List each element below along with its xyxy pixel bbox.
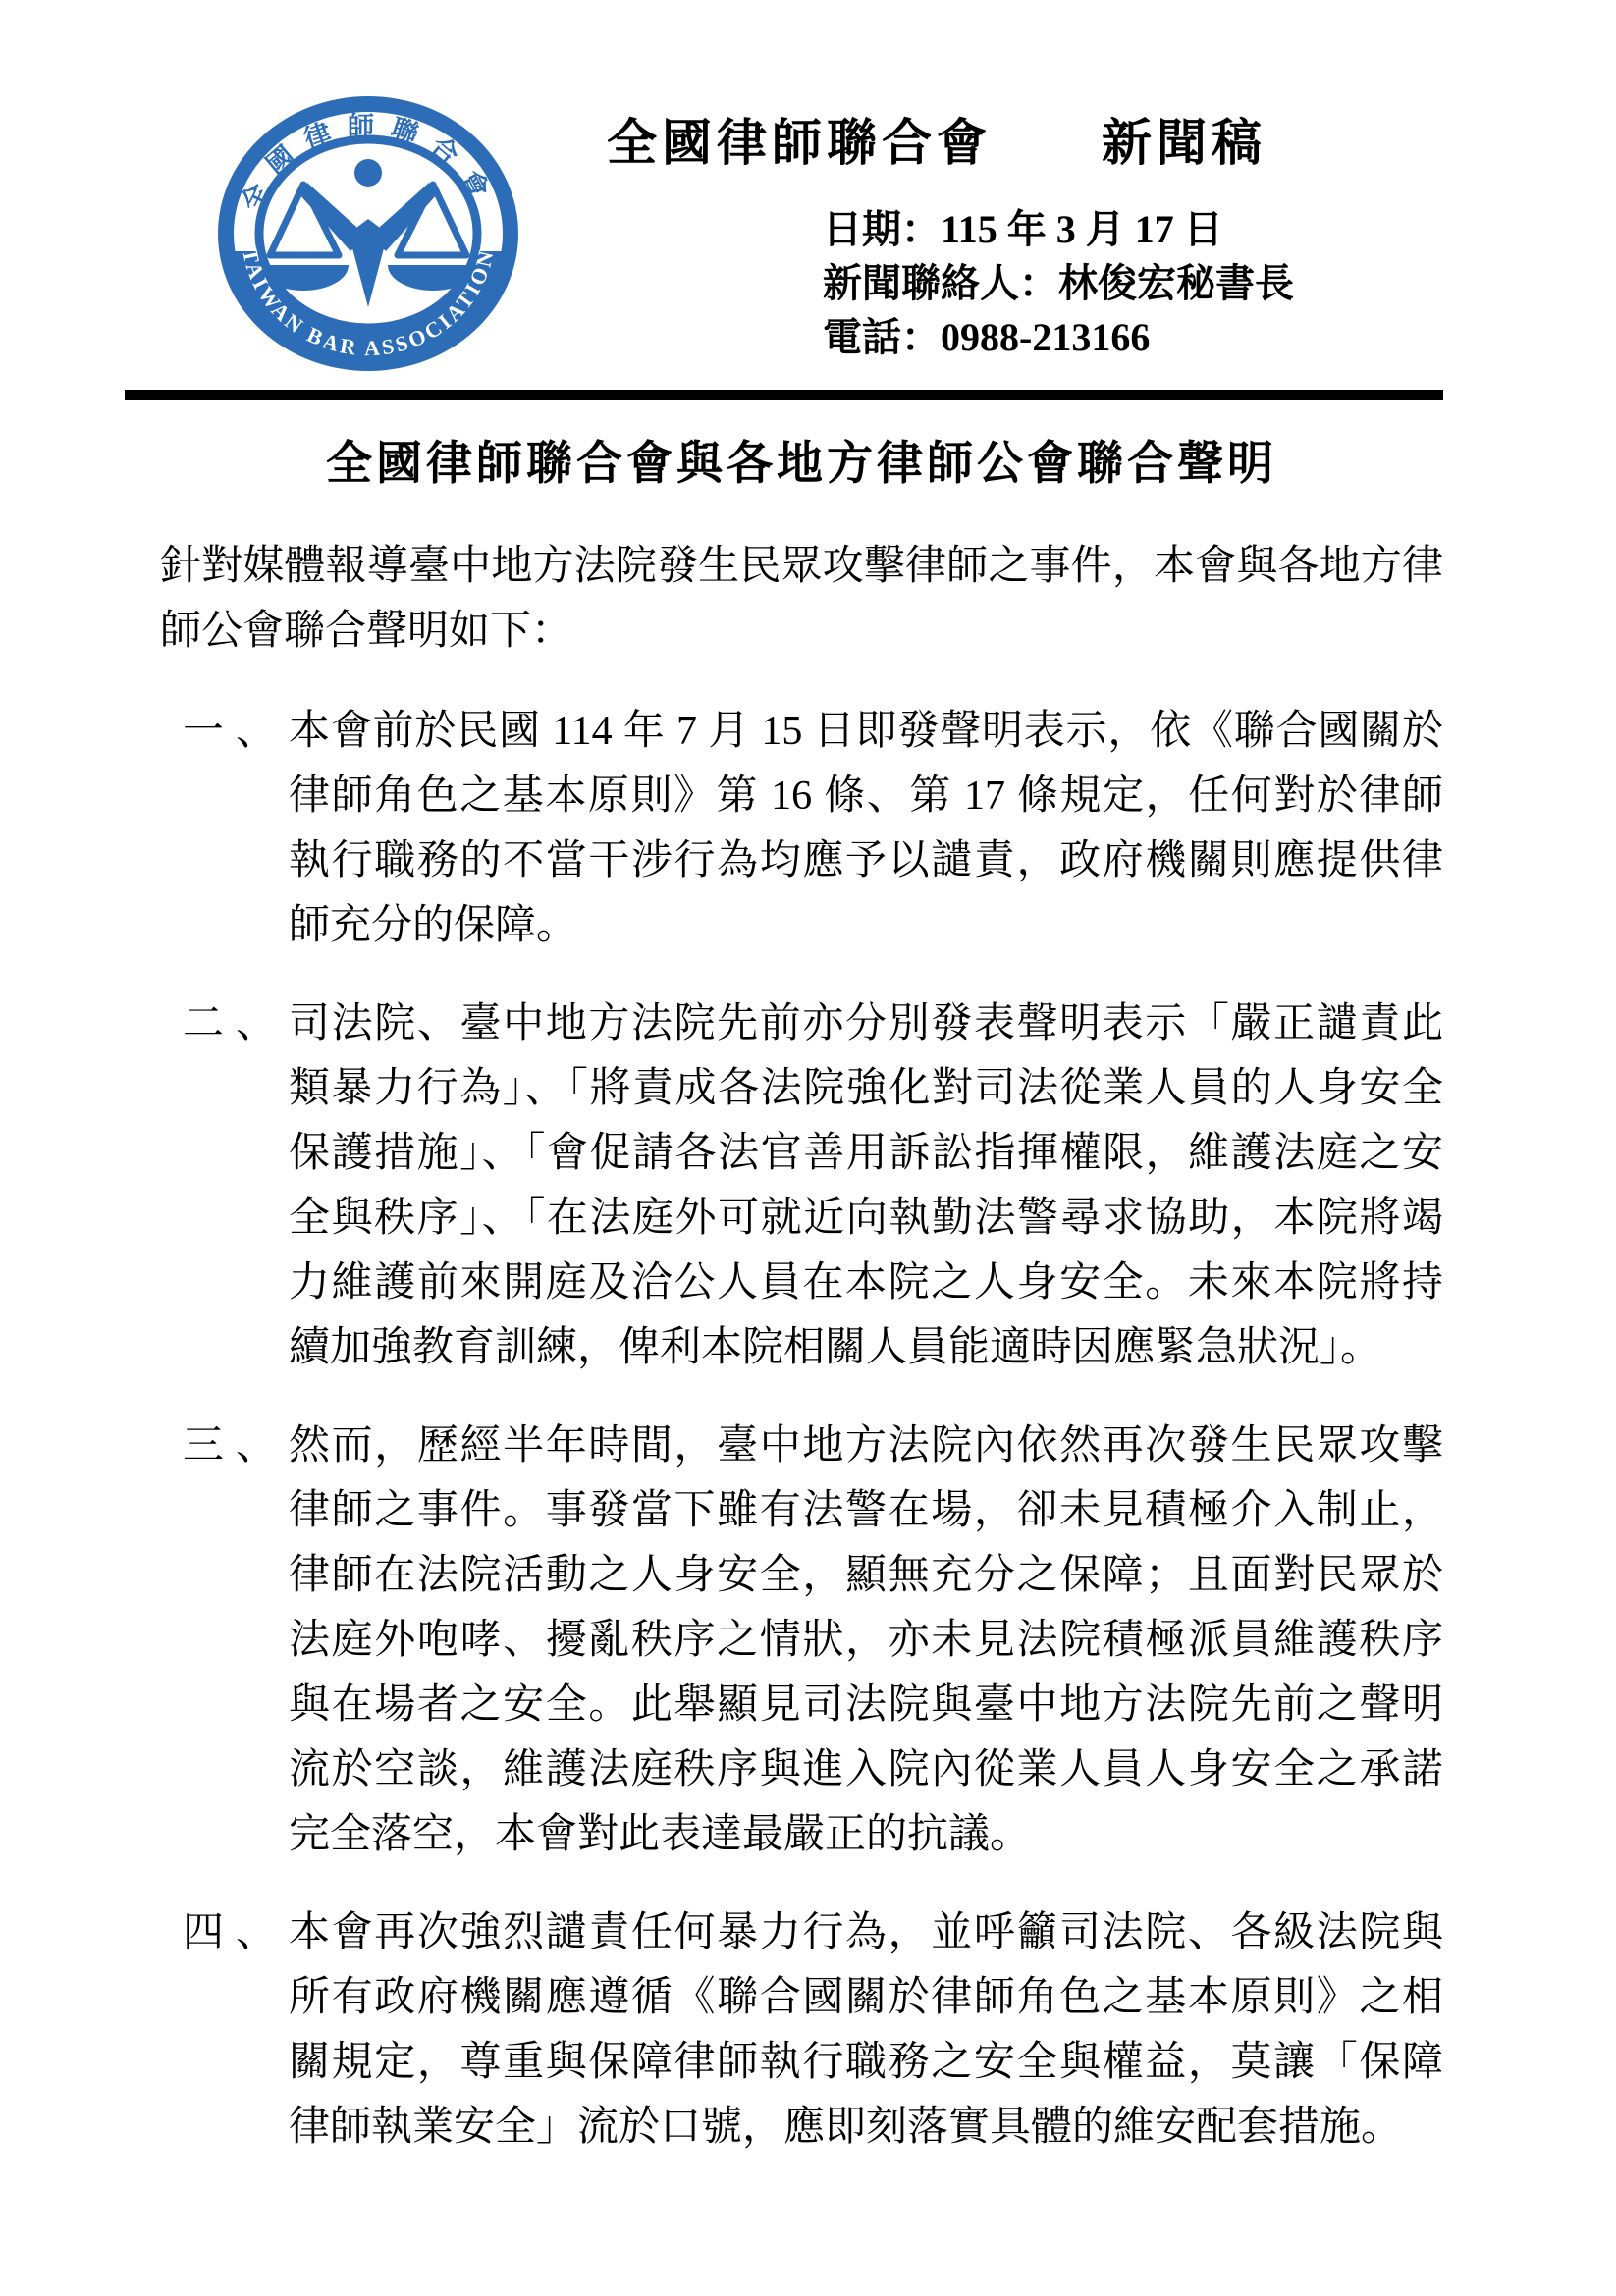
statement-item-1: 一、 本會前於民國 114 年 7 月 15 日即發聲明表示，依《聯合國關於律師… — [160, 699, 1443, 958]
statement-intro: 針對媒體報導臺中地方法院發生民眾攻擊律師之事件，本會與各地方律師公會聯合聲明如下… — [160, 534, 1443, 664]
statement-item-4: 四、 本會再次強烈譴責任何暴力行為，並呼籲司法院、各級法院與所有政府機關應遵循《… — [160, 1900, 1443, 2160]
item-number: 二、 — [160, 991, 289, 1380]
item-number: 一、 — [160, 699, 289, 958]
meta-contact-person: 新聞聯絡人：林俊宏秘書長 — [823, 256, 1294, 310]
item-number: 四、 — [160, 1900, 289, 2160]
press-release-meta: 日期：115 年 3 月 17 日 新聞聯絡人：林俊宏秘書長 電話：0988-2… — [823, 202, 1294, 364]
item-text: 然而，歷經半年時間，臺中地方法院內依然再次發生民眾攻擊律師之事件。事發當下雖有法… — [289, 1414, 1443, 1867]
statement-body: 全國律師聯合會與各地方律師公會聯合聲明 針對媒體報導臺中地方法院發生民眾攻擊律師… — [160, 432, 1443, 2193]
header-divider — [125, 390, 1443, 400]
statement-item-3: 三、 然而，歷經半年時間，臺中地方法院內依然再次發生民眾攻擊律師之事件。事發當下… — [160, 1414, 1443, 1867]
press-release-title: 全國律師聯合會 新聞稿 — [607, 102, 1266, 175]
item-text: 本會再次強烈譴責任何暴力行為，並呼籲司法院、各級法院與所有政府機關應遵循《聯合國… — [289, 1900, 1443, 2160]
item-text: 本會前於民國 114 年 7 月 15 日即發聲明表示，依《聯合國關於律師角色之… — [289, 699, 1443, 958]
item-text: 司法院、臺中地方法院先前亦分別發表聲明表示「嚴正譴責此類暴力行為」、「將責成各法… — [289, 991, 1443, 1380]
taiwan-bar-association-logo: 全國律師聯合會 TAIWAN BAR ASSOCIATION — [216, 94, 520, 373]
statement-item-2: 二、 司法院、臺中地方法院先前亦分別發表聲明表示「嚴正譴責此類暴力行為」、「將責… — [160, 991, 1443, 1380]
meta-phone: 電話：0988-213166 — [823, 310, 1294, 364]
statement-heading: 全國律師聯合會與各地方律師公會聯合聲明 — [160, 432, 1443, 497]
meta-date: 日期：115 年 3 月 17 日 — [823, 202, 1294, 256]
press-release-page: 全國律師聯合會 TAIWAN BAR ASSOCIATION 全國律師聯合會 新… — [0, 0, 1616, 2296]
item-number: 三、 — [160, 1414, 289, 1867]
